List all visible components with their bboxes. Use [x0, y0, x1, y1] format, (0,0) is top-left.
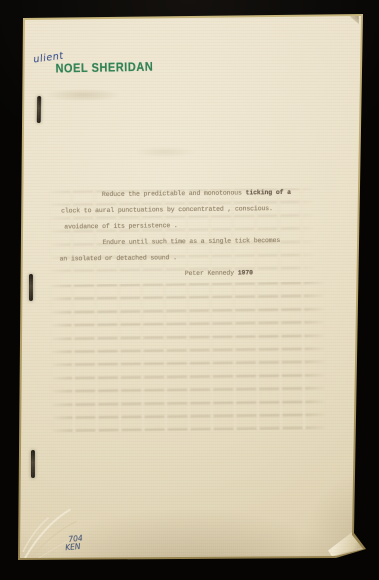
typed-text-block: Reduce the predictable and monotonous ti… — [59, 185, 310, 284]
typed-line-4: Endure until such time as a single tick … — [59, 233, 309, 252]
typed-line-1-normal: Reduce the predictable and monotonous — [102, 189, 246, 198]
noel-sheridan-stamp: NOEL SHERIDAN — [55, 60, 153, 76]
ghost-bleedthrough-text-lower — [48, 281, 328, 432]
typed-line-2: clock to aural punctuations by concentra… — [59, 201, 309, 220]
staple-top — [37, 96, 41, 123]
credit-line: Peter Kennedy 1970 — [60, 265, 310, 284]
paper-content: ulient NOEL SHERIDAN Reduce the predicta… — [0, 0, 379, 580]
credit-name: Peter Kennedy — [185, 269, 238, 277]
typed-line-1-bold: ticking of a — [246, 189, 291, 197]
paper-sheet: ulient NOEL SHERIDAN Reduce the predicta… — [0, 0, 379, 580]
handwritten-bottom-note: 704 KEN — [68, 535, 84, 552]
staple-middle — [29, 274, 33, 301]
crease-marks — [18, 493, 97, 564]
credit-year: 1970 — [238, 269, 253, 276]
staple-bottom — [31, 450, 35, 478]
photo-background: ulient NOEL SHERIDAN Reduce the predicta… — [0, 0, 379, 580]
